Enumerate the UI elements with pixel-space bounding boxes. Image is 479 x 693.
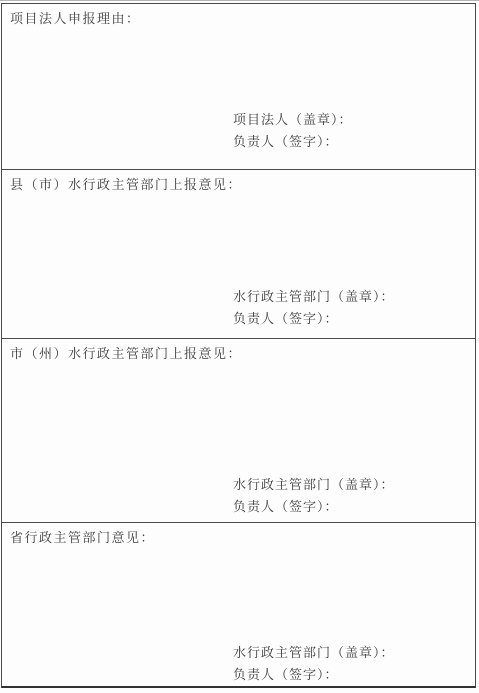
section-title: 县（市）水行政主管部门上报意见： — [10, 174, 242, 193]
signature-line: 负责人（签字）： — [233, 496, 395, 518]
section-title: 项目法人申报理由： — [10, 8, 141, 27]
section-city-water-authority-opinion: 市（州）水行政主管部门上报意见： 水行政主管部门（盖章）： 负责人（签字）： — [2, 339, 475, 523]
section-province-authority-opinion: 省行政主管部门意见： 水行政主管部门（盖章）： 负责人（签字）： — [2, 523, 475, 686]
signature-line: 负责人（签字）： — [233, 131, 353, 153]
seal-line: 项目法人（盖章）： — [233, 109, 353, 131]
signature-block: 水行政主管部门（盖章）： 负责人（签字）： — [233, 286, 395, 330]
approval-opinions-form: 项目法人申报理由： 项目法人（盖章）： 负责人（签字）： 县（市）水行政主管部门… — [1, 3, 476, 688]
signature-line: 负责人（签字）： — [233, 664, 395, 686]
seal-line: 水行政主管部门（盖章）： — [233, 286, 395, 308]
signature-line: 负责人（签字）： — [233, 308, 395, 330]
section-title: 省行政主管部门意见： — [10, 527, 155, 546]
section-project-legal-person-reason: 项目法人申报理由： 项目法人（盖章）： 负责人（签字）： — [2, 4, 475, 170]
seal-line: 水行政主管部门（盖章）： — [233, 642, 395, 664]
signature-block: 项目法人（盖章）： 负责人（签字）： — [233, 109, 353, 153]
section-title: 市（州）水行政主管部门上报意见： — [10, 343, 242, 362]
signature-block: 水行政主管部门（盖章）： 负责人（签字）： — [233, 642, 395, 686]
section-county-water-authority-opinion: 县（市）水行政主管部门上报意见： 水行政主管部门（盖章）： 负责人（签字）： — [2, 170, 475, 339]
signature-block: 水行政主管部门（盖章）： 负责人（签字）： — [233, 474, 395, 518]
seal-line: 水行政主管部门（盖章）： — [233, 474, 395, 496]
